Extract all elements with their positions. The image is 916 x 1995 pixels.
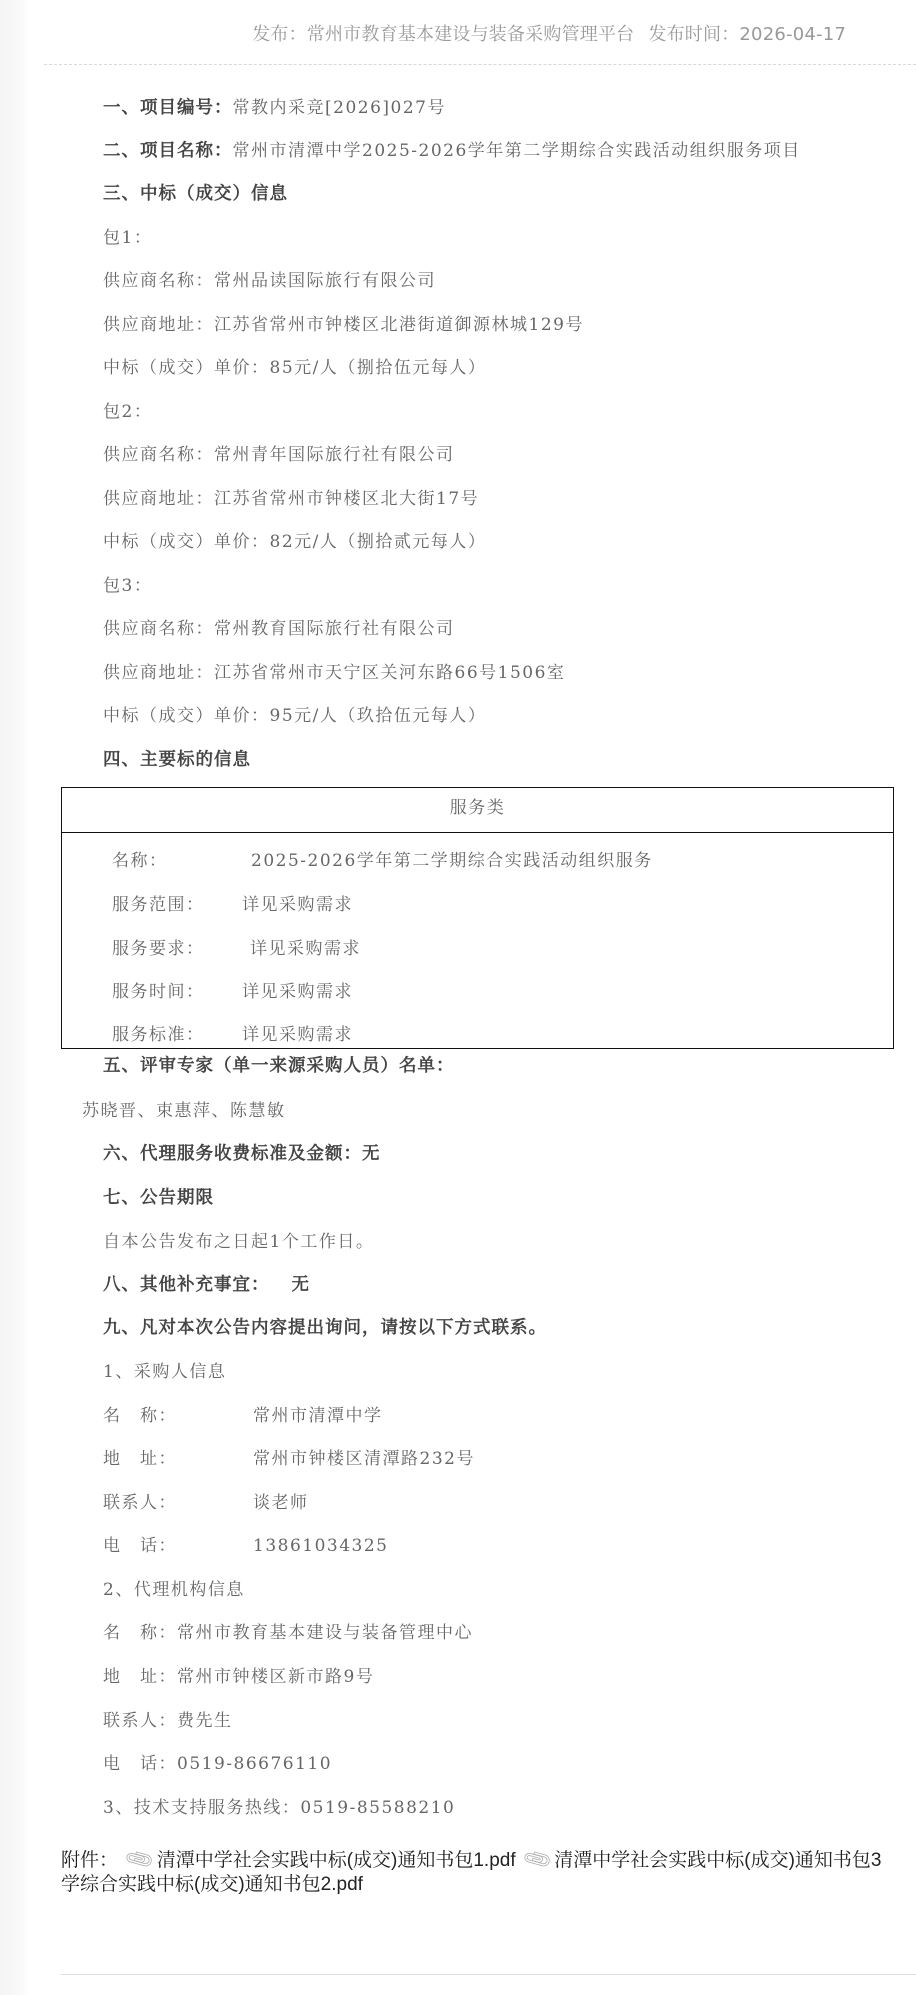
buyer-contact: 联系人：谈老师 [103,1491,309,1515]
supplier-name: 供应商名称：常州青年国际旅行社有限公司 [103,443,455,467]
subject-info-table: 服务类 名称：2025-2026学年第二学期综合实践活动组织服务 服务范围：详见… [61,787,894,1049]
support-hotline: 3、技术支持服务热线：0519-85588210 [103,1796,455,1820]
agency-name: 名 称：常州市教育基本建设与装备管理中心 [103,1621,473,1645]
unit-price: 中标（成交）单价：95元/人（玖拾伍元每人） [103,704,486,728]
agency-info-title: 2、代理机构信息 [103,1578,245,1602]
row-label: 服务标准： [112,1020,242,1045]
supplier-name: 供应商名称：常州教育国际旅行社有限公司 [103,617,455,641]
table-row: 服务要求：详见采购需求 [112,934,361,959]
section-title: 一、项目编号： [103,98,233,118]
row-label: 服务范围： [112,890,242,915]
section-award-info: 三、中标（成交）信息 [103,182,288,206]
buyer-address: 地 址：常州市钟楼区清潭路232号 [103,1447,475,1471]
row-label: 服务时间： [112,977,242,1002]
field-label: 电 话： [103,1534,253,1558]
paperclip-icon: 📎︎ [521,1848,555,1877]
footer-divider [61,1974,916,1975]
package-label: 包2： [103,400,152,424]
other-matters-value: 无 [292,1275,311,1295]
supplier-address: 供应商地址：江苏省常州市钟楼区北港街道御源林城129号 [103,313,584,337]
package-label: 包3： [103,574,152,598]
table-row: 服务时间：详见采购需求 [112,977,353,1002]
field-label: 地 址： [103,1447,253,1471]
table-row: 服务范围：详见采购需求 [112,890,353,915]
section-project-number: 一、项目编号：常教内采竞[2026]027号 [103,96,446,120]
project-name: 常州市清潭中学2025-2026学年第二学期综合实践活动组织服务项目 [233,141,801,161]
table-row: 服务标准：详见采购需求 [112,1020,353,1045]
row-value: 详见采购需求 [242,895,353,915]
expert-names: 苏晓晋、束惠萍、陈慧敏 [82,1099,286,1123]
section-experts: 五、评审专家（单一来源采购人员）名单： [103,1054,455,1078]
agency-phone: 电 话：0519-86676110 [103,1752,332,1776]
section-agency-fee: 六、代理服务收费标准及金额：无 [103,1142,381,1166]
field-label: 联系人： [103,1491,253,1515]
section-main-subject: 四、主要标的信息 [103,748,251,772]
section-title: 二、项目名称： [103,141,233,161]
section-notice-period: 七、公告期限 [103,1186,214,1210]
buyer-name: 名 称：常州市清潭中学 [103,1404,383,1428]
agency-address: 地 址：常州市钟楼区新市路9号 [103,1665,374,1689]
publisher: 发布：常州市教育基本建设与装备采购管理平台 [252,24,634,45]
attachment-link-package2[interactable]: 学综合实践中标(成交)通知书包2.pdf [61,1874,363,1895]
field-value: 常州市清潭中学 [253,1406,383,1426]
unit-price: 中标（成交）单价：85元/人（捌拾伍元每人） [103,356,486,380]
row-value: 2025-2026学年第二学期综合实践活动组织服务 [251,851,653,871]
row-value: 详见采购需求 [242,982,353,1002]
paperclip-icon: 📎︎ [123,1848,157,1877]
agency-contact: 联系人：费先生 [103,1709,233,1733]
unit-price: 中标（成交）单价：82元/人（捌拾贰元每人） [103,530,486,554]
attachment-link-package3[interactable]: 清潭中学社会实践中标(成交)通知书包3 [554,1850,881,1871]
supplier-name: 供应商名称：常州品读国际旅行有限公司 [103,269,436,293]
section-project-name: 二、项目名称：常州市清潭中学2025-2026学年第二学期综合实践活动组织服务项… [103,139,801,163]
row-label: 服务要求： [112,934,250,959]
attachment-link-package1[interactable]: 清潭中学社会实践中标(成交)通知书包1.pdf [157,1850,516,1871]
row-value: 详见采购需求 [250,939,361,959]
row-value: 详见采购需求 [242,1025,353,1045]
row-label: 名称： [112,846,251,871]
attachments: 附件： 📎︎清潭中学社会实践中标(成交)通知书包1.pdf 📎︎清潭中学社会实践… [61,1848,916,1900]
supplier-address: 供应商地址：江苏省常州市天宁区关河东路66号1506室 [103,661,565,685]
buyer-info-title: 1、采购人信息 [103,1360,226,1384]
page-gutter [0,0,30,1995]
table-header: 服务类 [62,788,893,833]
field-value: 谈老师 [253,1493,309,1513]
field-label: 名 称： [103,1404,253,1428]
section-title: 八、其他补充事宜： [103,1275,270,1295]
supplier-address: 供应商地址：江苏省常州市钟楼区北大街17号 [103,487,479,511]
header-divider [44,64,916,65]
project-number: 常教内采竞[2026]027号 [233,98,446,118]
notice-period-text: 自本公告发布之日起1个工作日。 [103,1230,374,1254]
package-label: 包1： [103,226,152,250]
table-row: 名称：2025-2026学年第二学期综合实践活动组织服务 [112,846,653,871]
section-other-matters: 八、其他补充事宜：无 [103,1273,310,1297]
publish-time: 发布时间：2026-04-17 [648,24,846,45]
buyer-phone: 电 话：13861034325 [103,1534,388,1558]
attachments-label: 附件： [61,1850,118,1871]
section-contact: 九、凡对本次公告内容提出询问，请按以下方式联系。 [103,1316,547,1340]
field-value: 13861034325 [253,1536,388,1556]
field-value: 常州市钟楼区清潭路232号 [253,1449,475,1469]
publish-info: 发布：常州市教育基本建设与装备采购管理平台发布时间：2026-04-17 [252,20,846,46]
